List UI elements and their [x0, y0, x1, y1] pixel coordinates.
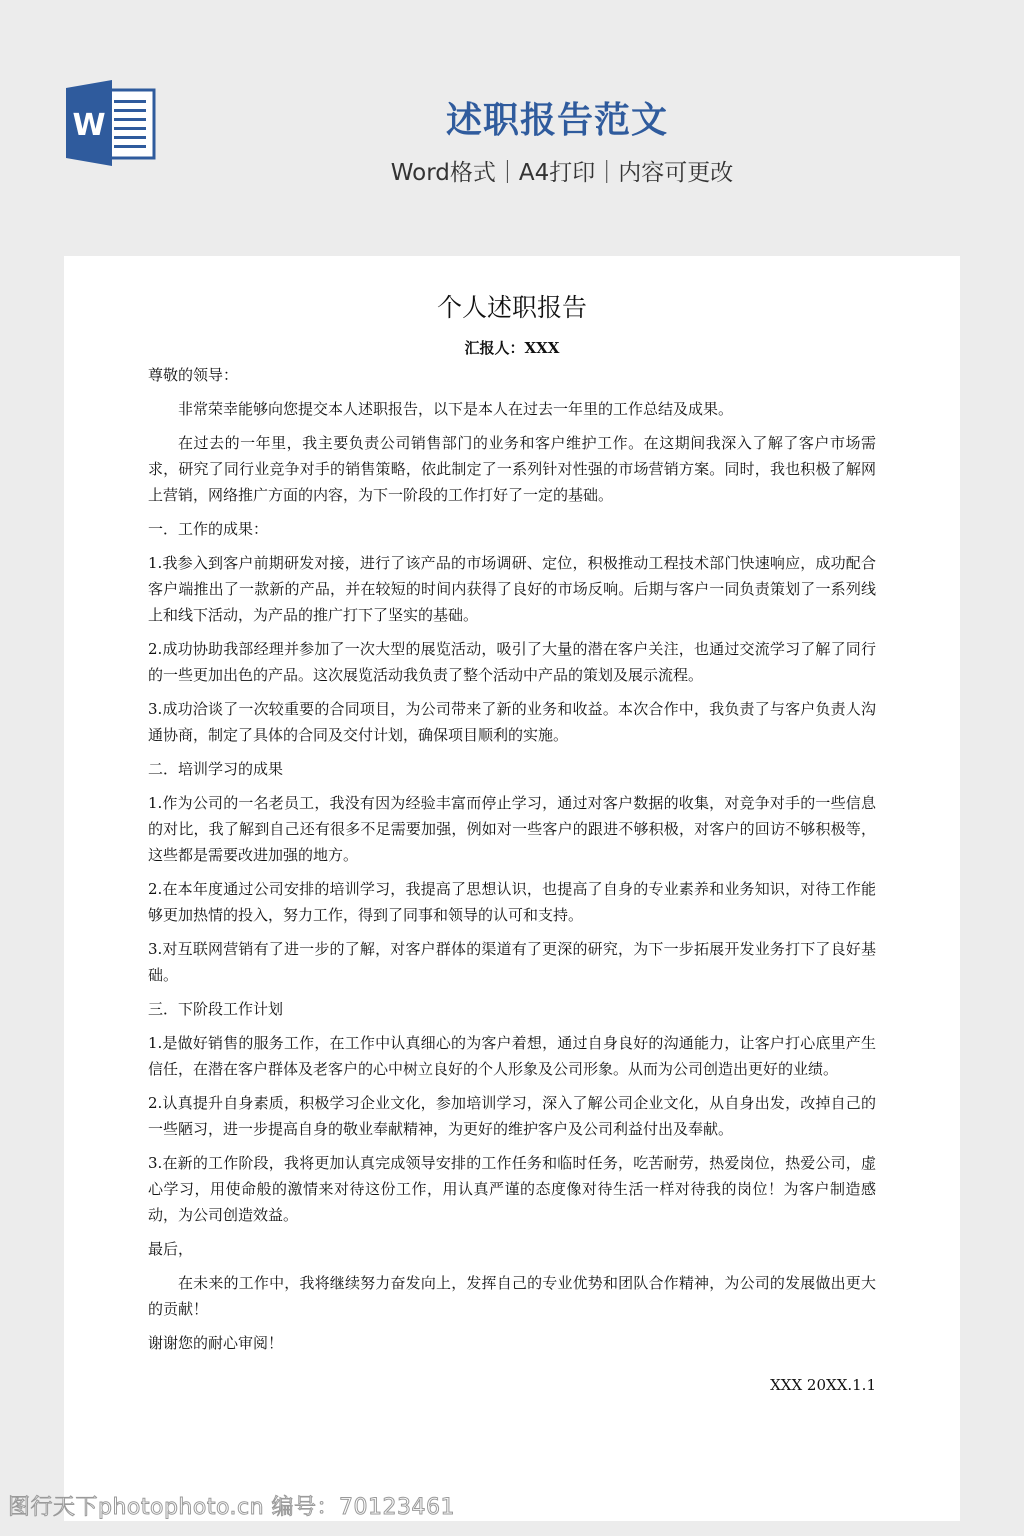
section-item: 1.作为公司的一名老员工，我没有因为经验丰富而停止学习，通过对客户数据的收集，对… [148, 790, 876, 868]
section-item: 1.我参入到客户前期研发对接，进行了该产品的市场调研、定位，积极推动工程技术部门… [148, 550, 876, 628]
section-heading: 三．下阶段工作计划 [148, 996, 876, 1022]
section-item: 2.认真提升自身素质，积极学习企业文化，参加培训学习，深入了解公司企业文化，从自… [148, 1090, 876, 1142]
signature: XXX 20XX.1.1 [148, 1372, 876, 1398]
document-page: 个人述职报告 汇报人：XXX 尊敬的领导： 非常荣幸能够向您提交本人述职报告，以… [64, 256, 960, 1521]
section-item: 3.成功洽谈了一次较重要的合同项目，为公司带来了新的业务和收益。本次合作中，我负… [148, 696, 876, 748]
section-item: 2.在本年度通过公司安排的培训学习，我提高了思想认识，也提高了自身的专业素养和业… [148, 876, 876, 928]
intro-paragraph: 在过去的一年里，我主要负责公司销售部门的业务和客户维护工作。在这期间我深入了解了… [148, 430, 876, 508]
closing-paragraph: 在未来的工作中，我将继续努力奋发向上，发挥自己的专业优势和团队合作精神，为公司的… [148, 1270, 876, 1322]
author-line: 汇报人：XXX [148, 336, 876, 360]
thanks-line: 谢谢您的耐心审阅！ [148, 1330, 876, 1356]
intro-paragraph: 非常荣幸能够向您提交本人述职报告，以下是本人在过去一年里的工作总结及成果。 [148, 396, 876, 422]
banner-title: 述职报告范文 [0, 92, 1024, 143]
watermark: 图行天下photophoto.cn 编号：70123461 [8, 1490, 455, 1521]
closing-label: 最后， [148, 1236, 876, 1262]
document-title: 个人述职报告 [148, 290, 876, 326]
document-body: 个人述职报告 汇报人：XXX 尊敬的领导： 非常荣幸能够向您提交本人述职报告，以… [148, 290, 876, 1398]
section-item: 1.是做好销售的服务工作，在工作中认真细心的为客户着想，通过自身良好的沟通能力，… [148, 1030, 876, 1082]
section-heading: 二．培训学习的成果 [148, 756, 876, 782]
section-item: 3.在新的工作阶段，我将更加认真完成领导安排的工作任务和临时任务，吃苦耐劳，热爱… [148, 1150, 876, 1228]
section-heading: 一．工作的成果： [148, 516, 876, 542]
section-item: 2.成功协助我部经理并参加了一次大型的展览活动，吸引了大量的潜在客户关注，也通过… [148, 636, 876, 688]
section-item: 3.对互联网营销有了进一步的了解，对客户群体的渠道有了更深的研究，为下一步拓展开… [148, 936, 876, 988]
banner-subtitle: Word格式｜A4打印｜内容可更改 [0, 154, 1024, 187]
greeting: 尊敬的领导： [148, 362, 876, 388]
